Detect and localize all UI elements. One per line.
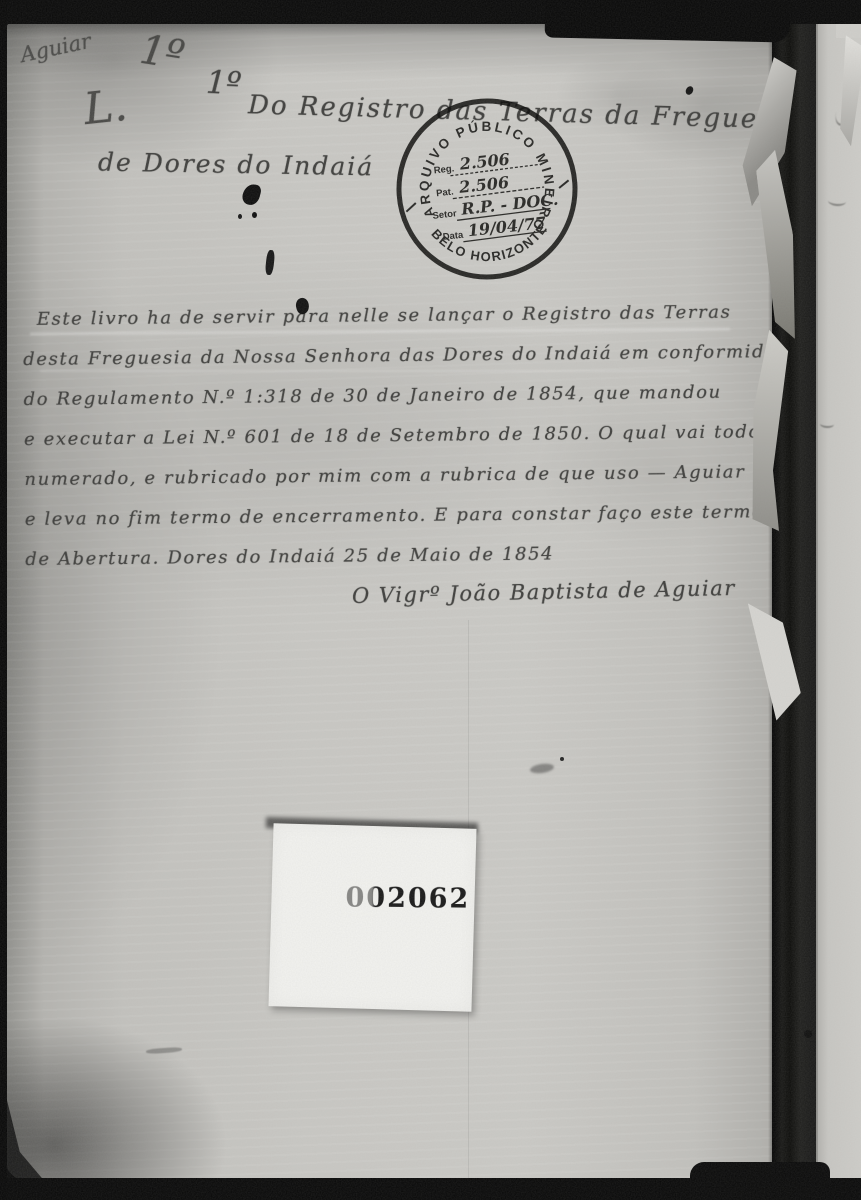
number-fade-smudge <box>341 881 374 916</box>
scan-border-bottom-lump <box>690 1162 830 1200</box>
body-line: de Abertura. Dores do Indaiá 25 de Maio … <box>25 532 785 580</box>
ink-blot <box>252 212 257 218</box>
stain-spot <box>804 1030 812 1038</box>
stamp-right-tick <box>559 180 569 188</box>
scanned-registry-page: Aguiar 1º L. 1º Do Registro das Terras d… <box>0 0 861 1200</box>
title-book-number: 1º <box>205 63 242 103</box>
stain-spot <box>560 757 564 761</box>
title-book-letter: L. <box>81 80 129 135</box>
title-line-2: de Dores do Indaiá <box>98 148 375 182</box>
catalog-label-card: 002062 <box>268 823 476 1012</box>
archive-stamp: ARQUIVO PÚBLICO MINEIRO BELO HORIZONTE R… <box>386 88 589 291</box>
next-page-sliver <box>816 0 861 1200</box>
stain-spot <box>238 214 242 219</box>
folio-flourish: 1º <box>137 27 188 79</box>
stamp-left-tick <box>406 203 417 212</box>
scan-border-left <box>0 0 7 1200</box>
opening-term-paragraph: Este livro ha de servir para nelle se la… <box>23 292 786 580</box>
scan-border-top-lump <box>545 0 791 43</box>
